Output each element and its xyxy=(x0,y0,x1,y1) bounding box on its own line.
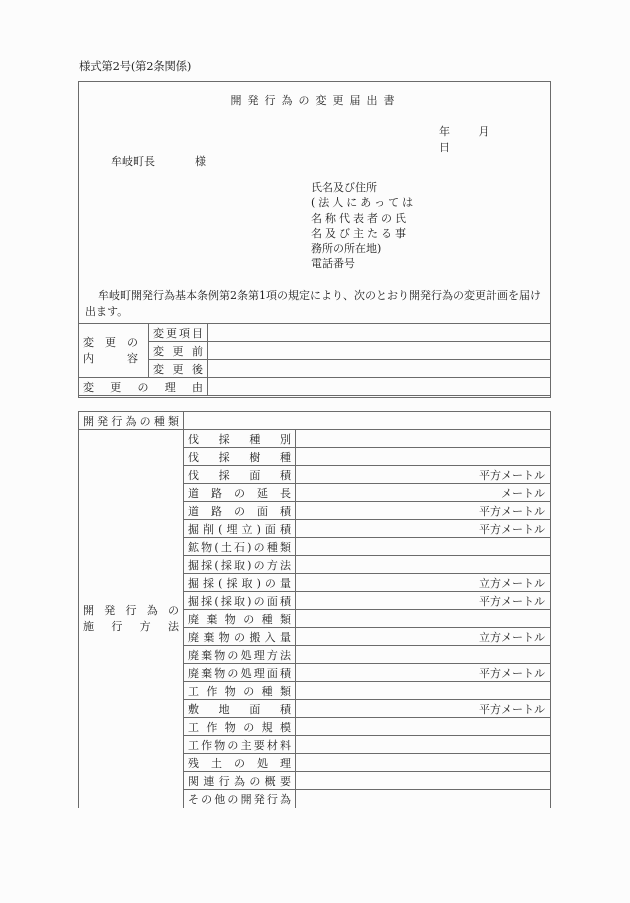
applicant-line: 名称代表者の氏 xyxy=(311,211,416,226)
row-label: 廃棄物の種類 xyxy=(184,610,296,628)
change-item-field[interactable] xyxy=(208,324,551,342)
row-value-field[interactable]: 平方メートル xyxy=(296,502,551,520)
change-content-label: 変 更 の 内 容 xyxy=(79,324,149,378)
row-label: 関連行為の概要 xyxy=(184,772,296,790)
applicant-line: (法人にあっては xyxy=(311,195,416,210)
row-value-field[interactable]: 平方メートル xyxy=(296,664,551,682)
row-value-field[interactable]: 平方メートル xyxy=(296,700,551,718)
row-value-field[interactable] xyxy=(296,682,551,700)
after-change-label: 変更後 xyxy=(149,360,208,378)
row-value-field[interactable] xyxy=(296,538,551,556)
row-label: 伐採面積 xyxy=(184,466,296,484)
row-value-field[interactable] xyxy=(296,754,551,772)
row-label: 残土の処理 xyxy=(184,754,296,772)
applicant-line: 電話番号 xyxy=(311,256,416,271)
row-value-field[interactable] xyxy=(296,448,551,466)
row-label: 廃棄物の搬入量 xyxy=(184,628,296,646)
development-method-table: 開発行為の種類 開発行為の 施行方法 伐採種別 伐採樹種 伐採面積平方メートル … xyxy=(78,411,551,808)
date-year[interactable]: 年 xyxy=(439,123,450,139)
date-day[interactable]: 日 xyxy=(439,139,450,155)
change-content-table: 変 更 の 内 容 変更項目 変更前 変更後 変更の理由 xyxy=(78,323,551,396)
before-change-field[interactable] xyxy=(208,342,551,360)
row-value-field[interactable] xyxy=(296,556,551,574)
applicant-info-block[interactable]: 氏名及び住所 (法人にあっては 名称代表者の氏 名及び主たる事 務所の所在地) … xyxy=(311,180,416,272)
row-value-field[interactable]: メートル xyxy=(296,484,551,502)
applicant-line: 氏名及び住所 xyxy=(311,180,416,195)
change-reason-label: 変更の理由 xyxy=(79,378,208,396)
row-value-field[interactable] xyxy=(296,610,551,628)
row-value-field[interactable]: 立方メートル xyxy=(296,628,551,646)
after-change-field[interactable] xyxy=(208,360,551,378)
statement-text: 牟岐町開発行為基本条例第2条第1項の規定により、次のとおり開発行為の変更計画を届… xyxy=(85,288,547,320)
row-value-field[interactable]: 立方メートル xyxy=(296,574,551,592)
date-fields: 年 月 日 xyxy=(439,123,550,155)
row-label: 廃棄物の処理方法 xyxy=(184,646,296,664)
row-label: その他の開発行為 xyxy=(184,790,296,808)
row-label: 工作物の主要材料 xyxy=(184,736,296,754)
date-month[interactable]: 月 xyxy=(479,123,490,139)
row-label: 伐採樹種 xyxy=(184,448,296,466)
development-type-field[interactable] xyxy=(184,412,551,430)
row-label: 敷地面積 xyxy=(184,700,296,718)
row-label: 廃棄物の処理面積 xyxy=(184,664,296,682)
label-line: 施行方法 xyxy=(83,619,179,635)
row-label: 道路の延長 xyxy=(184,484,296,502)
row-label: 工作物の規模 xyxy=(184,718,296,736)
row-value-field[interactable] xyxy=(296,646,551,664)
row-value-field[interactable] xyxy=(296,718,551,736)
label-line: 開発行為の xyxy=(83,603,179,619)
row-value-field[interactable]: 平方メートル xyxy=(296,520,551,538)
row-value-field[interactable] xyxy=(296,772,551,790)
row-label: 掘採(採取)の量 xyxy=(184,574,296,592)
row-label: 伐採種別 xyxy=(184,430,296,448)
row-label: 掘採(採取)の面積 xyxy=(184,592,296,610)
before-change-label: 変更前 xyxy=(149,342,208,360)
applicant-line: 務所の所在地) xyxy=(311,241,416,256)
change-item-label: 変更項目 xyxy=(149,324,208,342)
row-label: 道路の面積 xyxy=(184,502,296,520)
row-label: 工作物の種類 xyxy=(184,682,296,700)
row-value-field[interactable] xyxy=(296,790,551,808)
row-value-field[interactable]: 平方メートル xyxy=(296,466,551,484)
row-value-field[interactable]: 平方メートル xyxy=(296,592,551,610)
row-value-field[interactable] xyxy=(296,430,551,448)
label-line: 変 更 の xyxy=(83,335,144,351)
row-label: 掘採(採取)の方法 xyxy=(184,556,296,574)
addressee: 牟岐町長様 xyxy=(111,153,206,169)
method-label: 開発行為の 施行方法 xyxy=(79,430,184,808)
change-reason-field[interactable] xyxy=(208,378,551,396)
row-value-field[interactable] xyxy=(296,736,551,754)
development-type-label: 開発行為の種類 xyxy=(79,412,184,430)
addressee-honorific: 様 xyxy=(195,155,206,168)
applicant-line: 名及び主たる事 xyxy=(311,226,416,241)
row-label: 掘削(埋立)面積 xyxy=(184,520,296,538)
addressee-name: 牟岐町長 xyxy=(111,155,155,168)
row-label: 鉱物(土石)の種類 xyxy=(184,538,296,556)
form-number-label: 様式第2号(第2条関係) xyxy=(79,58,191,74)
document-title: 開発行為の変更届出書 xyxy=(79,92,552,108)
label-line: 内 容 xyxy=(83,351,144,367)
